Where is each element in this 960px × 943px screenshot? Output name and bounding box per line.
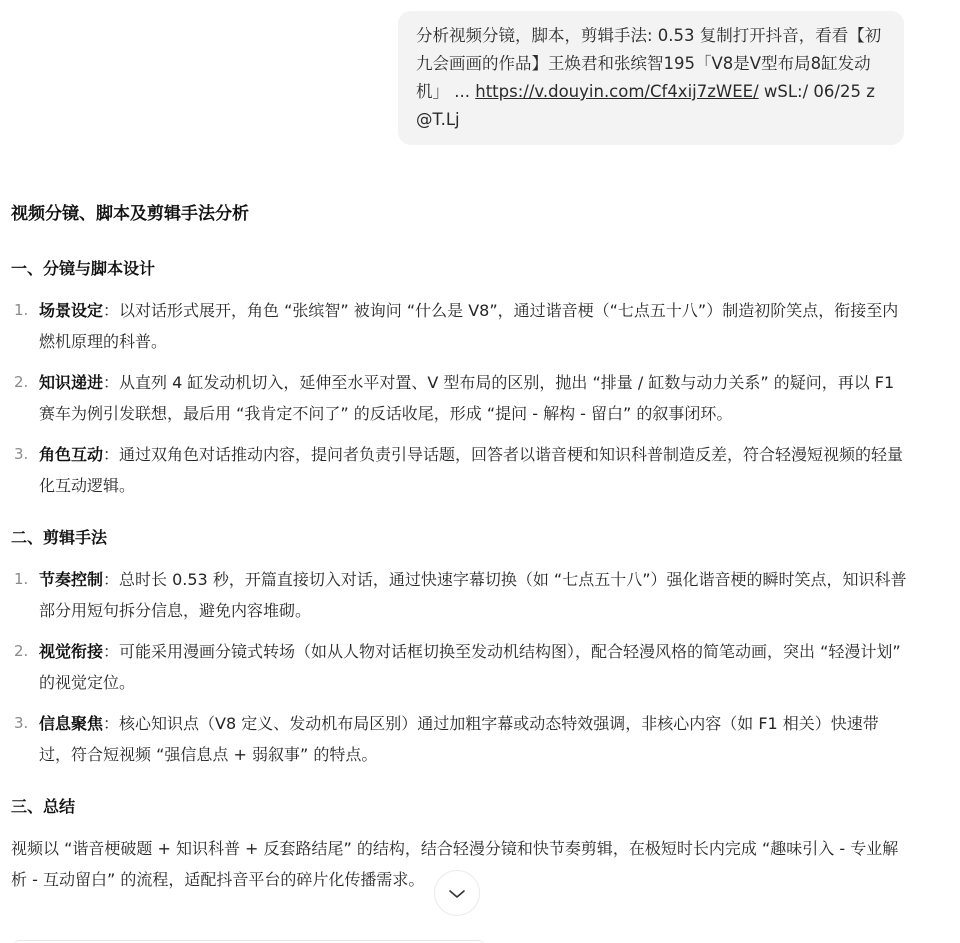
chevron-down-icon bbox=[448, 884, 466, 903]
item-text: ：以对话形式展开，角色 “张缤智” 被询问 “什么是 V8”，通过谐音梗（“七点… bbox=[39, 301, 898, 351]
item-label: 信息聚焦 bbox=[39, 714, 103, 733]
assistant-answer: 视频分镜、脚本及剪辑手法分析 一、分镜与脚本设计 1.场景设定：以对话形式展开，… bbox=[11, 196, 911, 895]
list-number: 3. bbox=[14, 439, 28, 470]
item-text: ：从直列 4 缸发动机切入，延伸至水平对置、V 型布局的区别，抛出 “排量 / … bbox=[39, 373, 894, 423]
list-item: 1.场景设定：以对话形式展开，角色 “张缤智” 被询问 “什么是 V8”，通过谐… bbox=[11, 295, 909, 357]
list-item: 2.知识递进：从直列 4 缸发动机切入，延伸至水平对置、V 型布局的区别，抛出 … bbox=[11, 367, 909, 429]
list-number: 3. bbox=[14, 708, 28, 739]
section-heading-editing: 二、剪辑手法 bbox=[11, 524, 911, 552]
list-number: 2. bbox=[14, 367, 28, 398]
user-message-bubble: 分析视频分镜，脚本，剪辑手法: 0.53 复制打开抖音，看看【初九会画画的作品】… bbox=[398, 11, 904, 145]
section-heading-summary: 三、总结 bbox=[11, 793, 911, 821]
section-heading-storyboard: 一、分镜与脚本设计 bbox=[11, 255, 911, 283]
list-number: 1. bbox=[14, 295, 28, 326]
storyboard-list: 1.场景设定：以对话形式展开，角色 “张缤智” 被询问 “什么是 V8”，通过谐… bbox=[11, 295, 911, 501]
item-text: ：可能采用漫画分镜式转场（如从人物对话框切换至发动机结构图），配合轻漫风格的简笔… bbox=[39, 642, 901, 692]
list-number: 1. bbox=[14, 564, 28, 595]
scroll-to-bottom-button[interactable] bbox=[434, 870, 480, 916]
item-label: 视觉衔接 bbox=[39, 642, 103, 661]
item-label: 节奏控制 bbox=[39, 570, 103, 589]
list-item: 1.节奏控制：总时长 0.53 秒，开篇直接切入对话，通过快速字幕切换（如 “七… bbox=[11, 564, 909, 626]
item-label: 知识递进 bbox=[39, 373, 103, 392]
item-text: ：核心知识点（V8 定义、发动机布局区别）通过加粗字幕或动态特效强调，非核心内容… bbox=[39, 714, 879, 764]
item-label: 场景设定 bbox=[39, 301, 103, 320]
item-text: ：通过双角色对话推动内容，提问者负责引导话题，回答者以谐音梗和知识科普制造反差，… bbox=[39, 445, 903, 495]
list-item: 3.角色互动：通过双角色对话推动内容，提问者负责引导话题，回答者以谐音梗和知识科… bbox=[11, 439, 909, 501]
answer-title: 视频分镜、脚本及剪辑手法分析 bbox=[11, 196, 911, 232]
list-number: 2. bbox=[14, 636, 28, 667]
douyin-link[interactable]: https://v.douyin.com/Cf4xij7zWEE/ bbox=[475, 82, 758, 101]
item-text: ：总时长 0.53 秒，开篇直接切入对话，通过快速字幕切换（如 “七点五十八”）… bbox=[39, 570, 906, 620]
list-item: 2.视觉衔接：可能采用漫画分镜式转场（如从人物对话框切换至发动机结构图），配合轻… bbox=[11, 636, 909, 698]
chat-view: 分析视频分镜，脚本，剪辑手法: 0.53 复制打开抖音，看看【初九会画画的作品】… bbox=[0, 0, 960, 943]
editing-list: 1.节奏控制：总时长 0.53 秒，开篇直接切入对话，通过快速字幕切换（如 “七… bbox=[11, 564, 911, 770]
list-item: 3.信息聚焦：核心知识点（V8 定义、发动机布局区别）通过加粗字幕或动态特效强调… bbox=[11, 708, 909, 770]
item-label: 角色互动 bbox=[39, 445, 103, 464]
